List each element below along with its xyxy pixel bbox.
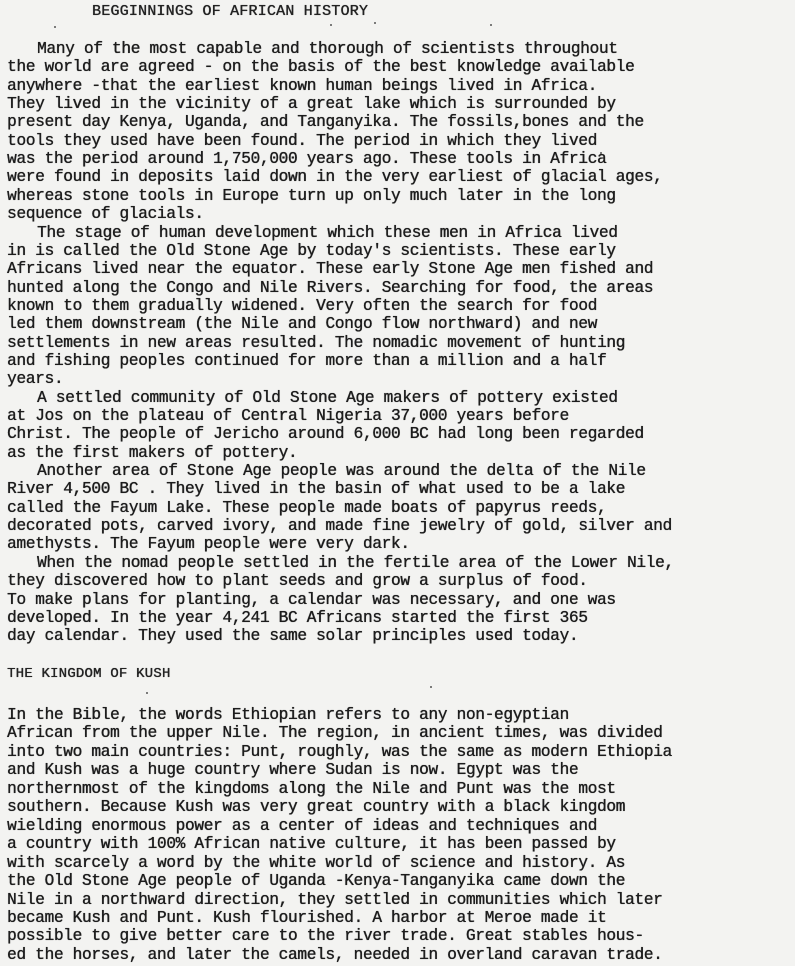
text-line: became Kush and Punt. Kush flourished. A… — [7, 909, 606, 927]
text-line: tools they used have been found. The per… — [7, 132, 597, 150]
text-line: whereas stone tools in Europe turn up on… — [7, 187, 616, 205]
text-line: as the first makers of pottery. — [7, 444, 297, 462]
text-line: was the period around 1,750,000 years ag… — [7, 150, 606, 168]
ink-speck — [374, 22, 376, 24]
text-line: ed the horses, and later the camels, nee… — [7, 946, 663, 964]
text-line: present day Kenya, Uganda, and Tanganyik… — [7, 113, 644, 131]
text-line: Christ. The people of Jericho around 6,0… — [7, 425, 644, 443]
text-line: settlements in new areas resulted. The n… — [7, 334, 625, 352]
text-line: African from the upper Nile. The region,… — [7, 724, 663, 742]
ink-speck — [54, 26, 56, 28]
text-line: Many of the most capable and thorough of… — [37, 40, 618, 58]
text-line: in is called the Old Stone Age by today'… — [7, 242, 616, 260]
text-line: called the Fayum Lake. These people made… — [7, 499, 606, 517]
text-line: years. — [7, 370, 63, 388]
text-line: The stage of human development which the… — [37, 224, 618, 242]
text-line: anywhere -that the earliest known human … — [7, 77, 597, 95]
text-line: hunted along the Congo and Nile Rivers. … — [7, 279, 653, 297]
ink-speck — [490, 24, 492, 26]
text-line: at Jos on the plateau of Central Nigeria… — [7, 407, 569, 425]
text-line: northernmost of the kingdoms along the N… — [7, 780, 616, 798]
section-heading-kush: THE KINGDOM OF KUSH — [7, 666, 170, 682]
typewritten-page: BEGGINNINGS OF AFRICAN HISTORY Many of t… — [0, 0, 795, 966]
text-line: southern. Because Kush was very great co… — [7, 798, 625, 816]
text-line: day calendar. They used the same solar p… — [7, 627, 578, 645]
text-line: led them downstream (the Nile and Congo … — [7, 315, 597, 333]
text-line: were found in deposits laid down in the … — [7, 168, 663, 186]
text-line: a country with 100% African native cultu… — [7, 835, 616, 853]
text-line: wielding enormous power as a center of i… — [7, 817, 597, 835]
text-line: the world are agreed - on the basis of t… — [7, 58, 634, 76]
text-line: with scarcely a word by the white world … — [7, 854, 625, 872]
text-line: into two main countries: Punt, roughly, … — [7, 743, 672, 761]
document-title: BEGGINNINGS OF AFRICAN HISTORY — [92, 3, 368, 20]
text-line: amethysts. The Fayum people were very da… — [7, 535, 410, 553]
text-line: decorated pots, carved ivory, and made f… — [7, 517, 672, 535]
text-line: A settled community of Old Stone Age mak… — [37, 389, 618, 407]
text-line: they discovered how to plant seeds and g… — [7, 572, 588, 590]
text-line: and fishing peoples continued for more t… — [7, 352, 606, 370]
ink-speck — [146, 692, 148, 694]
ink-speck — [600, 152, 602, 154]
text-line: and Kush was a huge country where Sudan … — [7, 761, 578, 779]
text-line: When the nomad people settled in the fer… — [37, 554, 674, 572]
text-line: To make plans for planting, a calendar w… — [7, 591, 616, 609]
text-line: the Old Stone Age people of Uganda -Keny… — [7, 872, 625, 890]
text-line: developed. In the year 4,241 BC Africans… — [7, 609, 588, 627]
text-line: River 4,500 BC . They lived in the basin… — [7, 480, 625, 498]
text-line: Africans lived near the equator. These e… — [7, 260, 653, 278]
text-line: They lived in the vicinity of a great la… — [7, 95, 616, 113]
text-line: In the Bible, the words Ethiopian refers… — [7, 706, 569, 724]
ink-speck — [430, 686, 432, 688]
ink-speck — [330, 24, 332, 26]
text-line: possible to give better care to the rive… — [7, 927, 644, 945]
text-line: known to them gradually widened. Very of… — [7, 297, 597, 315]
text-line: sequence of glacials. — [7, 205, 204, 223]
text-line: Nile in a northward direction, they sett… — [7, 891, 663, 909]
text-line: Another area of Stone Age people was aro… — [37, 462, 646, 480]
